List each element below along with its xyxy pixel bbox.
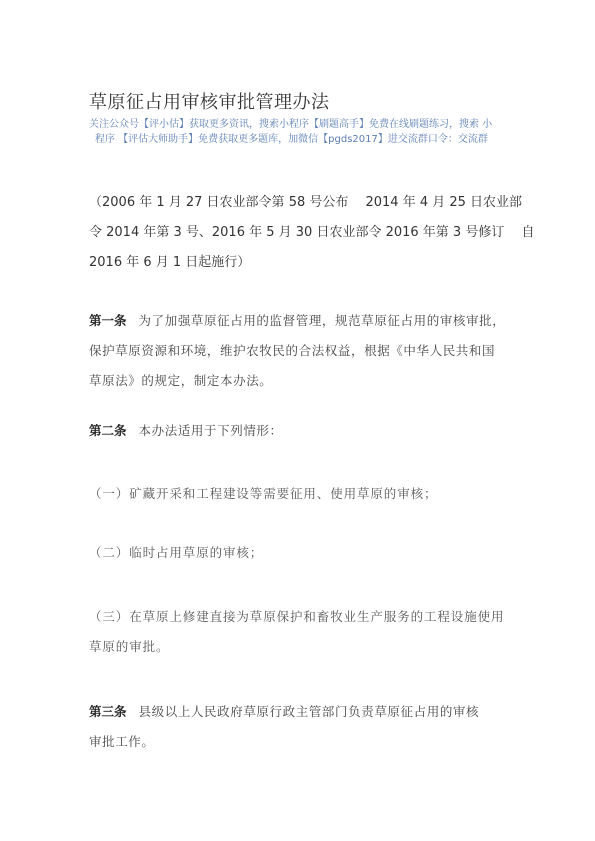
article-line: 第三条县级以上人民政府草原行政主管部门负责草原征占用的审核 — [89, 697, 519, 727]
article-line: 保护草原资源和环境，维护农牧民的合法权益，根据《中华人民共和国 — [89, 336, 519, 366]
article-line: 草原法》的规定，制定本办法。 — [89, 366, 519, 396]
item-line: （三）在草原上修建直接为草原保护和畜牧业生产服务的工程设施使用 — [89, 602, 519, 632]
issuance-info-line: 2016 年 6 月 1 日起施行） — [89, 248, 519, 278]
article-text: 为了加强草原征占用的监督管理，规范草原征占用的审核审批， — [139, 313, 506, 328]
issuance-info-line: （2006 年 1 月 27 日农业部令第 58 号公布 2014 年 4 月 … — [89, 188, 519, 218]
article-line: 第二条本办法适用于下列情形： — [89, 416, 519, 446]
article-2: 第二条本办法适用于下列情形： — [89, 416, 519, 446]
article-text: 县级以上人民政府草原行政主管部门负责草原征占用的审核 — [139, 704, 480, 719]
item-line: 草原的审批。 — [89, 632, 519, 662]
promo-notice-line: 程序 【评估大师助手】免费获取更多题库，加微信【pgds2017】进交流群口令：… — [89, 132, 509, 147]
promo-notice: 关注公众号【评小估】获取更多资讯，搜索小程序【刷题高手】免费在线刷题练习，搜索 … — [89, 117, 509, 147]
article-line: 审批工作。 — [89, 727, 519, 757]
article-2-item-3: （三）在草原上修建直接为草原保护和畜牧业生产服务的工程设施使用 草原的审批。 — [89, 602, 519, 662]
article-text: 本办法适用于下列情形： — [139, 423, 283, 438]
item-line: （一）矿藏开采和工程建设等需要征用、使用草原的审核； — [89, 479, 519, 509]
issuance-info-line: 令 2014 年第 3 号、2016 年 5 月 30 日农业部令 2016 年… — [89, 218, 519, 248]
article-3: 第三条县级以上人民政府草原行政主管部门负责草原征占用的审核 审批工作。 — [89, 697, 519, 757]
document-title: 草原征占用审核审批管理办法 — [89, 88, 330, 114]
article-line: 第一条为了加强草原征占用的监督管理，规范草原征占用的审核审批， — [89, 306, 519, 336]
article-2-item-2: （二）临时占用草原的审核； — [89, 538, 519, 568]
article-label: 第一条 — [89, 313, 127, 328]
document-page: 草原征占用审核审批管理办法 关注公众号【评小估】获取更多资讯，搜索小程序【刷题高… — [0, 0, 595, 841]
article-label: 第三条 — [89, 704, 127, 719]
issuance-info: （2006 年 1 月 27 日农业部令第 58 号公布 2014 年 4 月 … — [89, 188, 519, 278]
promo-notice-line: 关注公众号【评小估】获取更多资讯，搜索小程序【刷题高手】免费在线刷题练习，搜索 … — [89, 117, 509, 132]
article-1: 第一条为了加强草原征占用的监督管理，规范草原征占用的审核审批， 保护草原资源和环… — [89, 306, 519, 396]
item-line: （二）临时占用草原的审核； — [89, 538, 519, 568]
article-2-item-1: （一）矿藏开采和工程建设等需要征用、使用草原的审核； — [89, 479, 519, 509]
article-label: 第二条 — [89, 423, 127, 438]
